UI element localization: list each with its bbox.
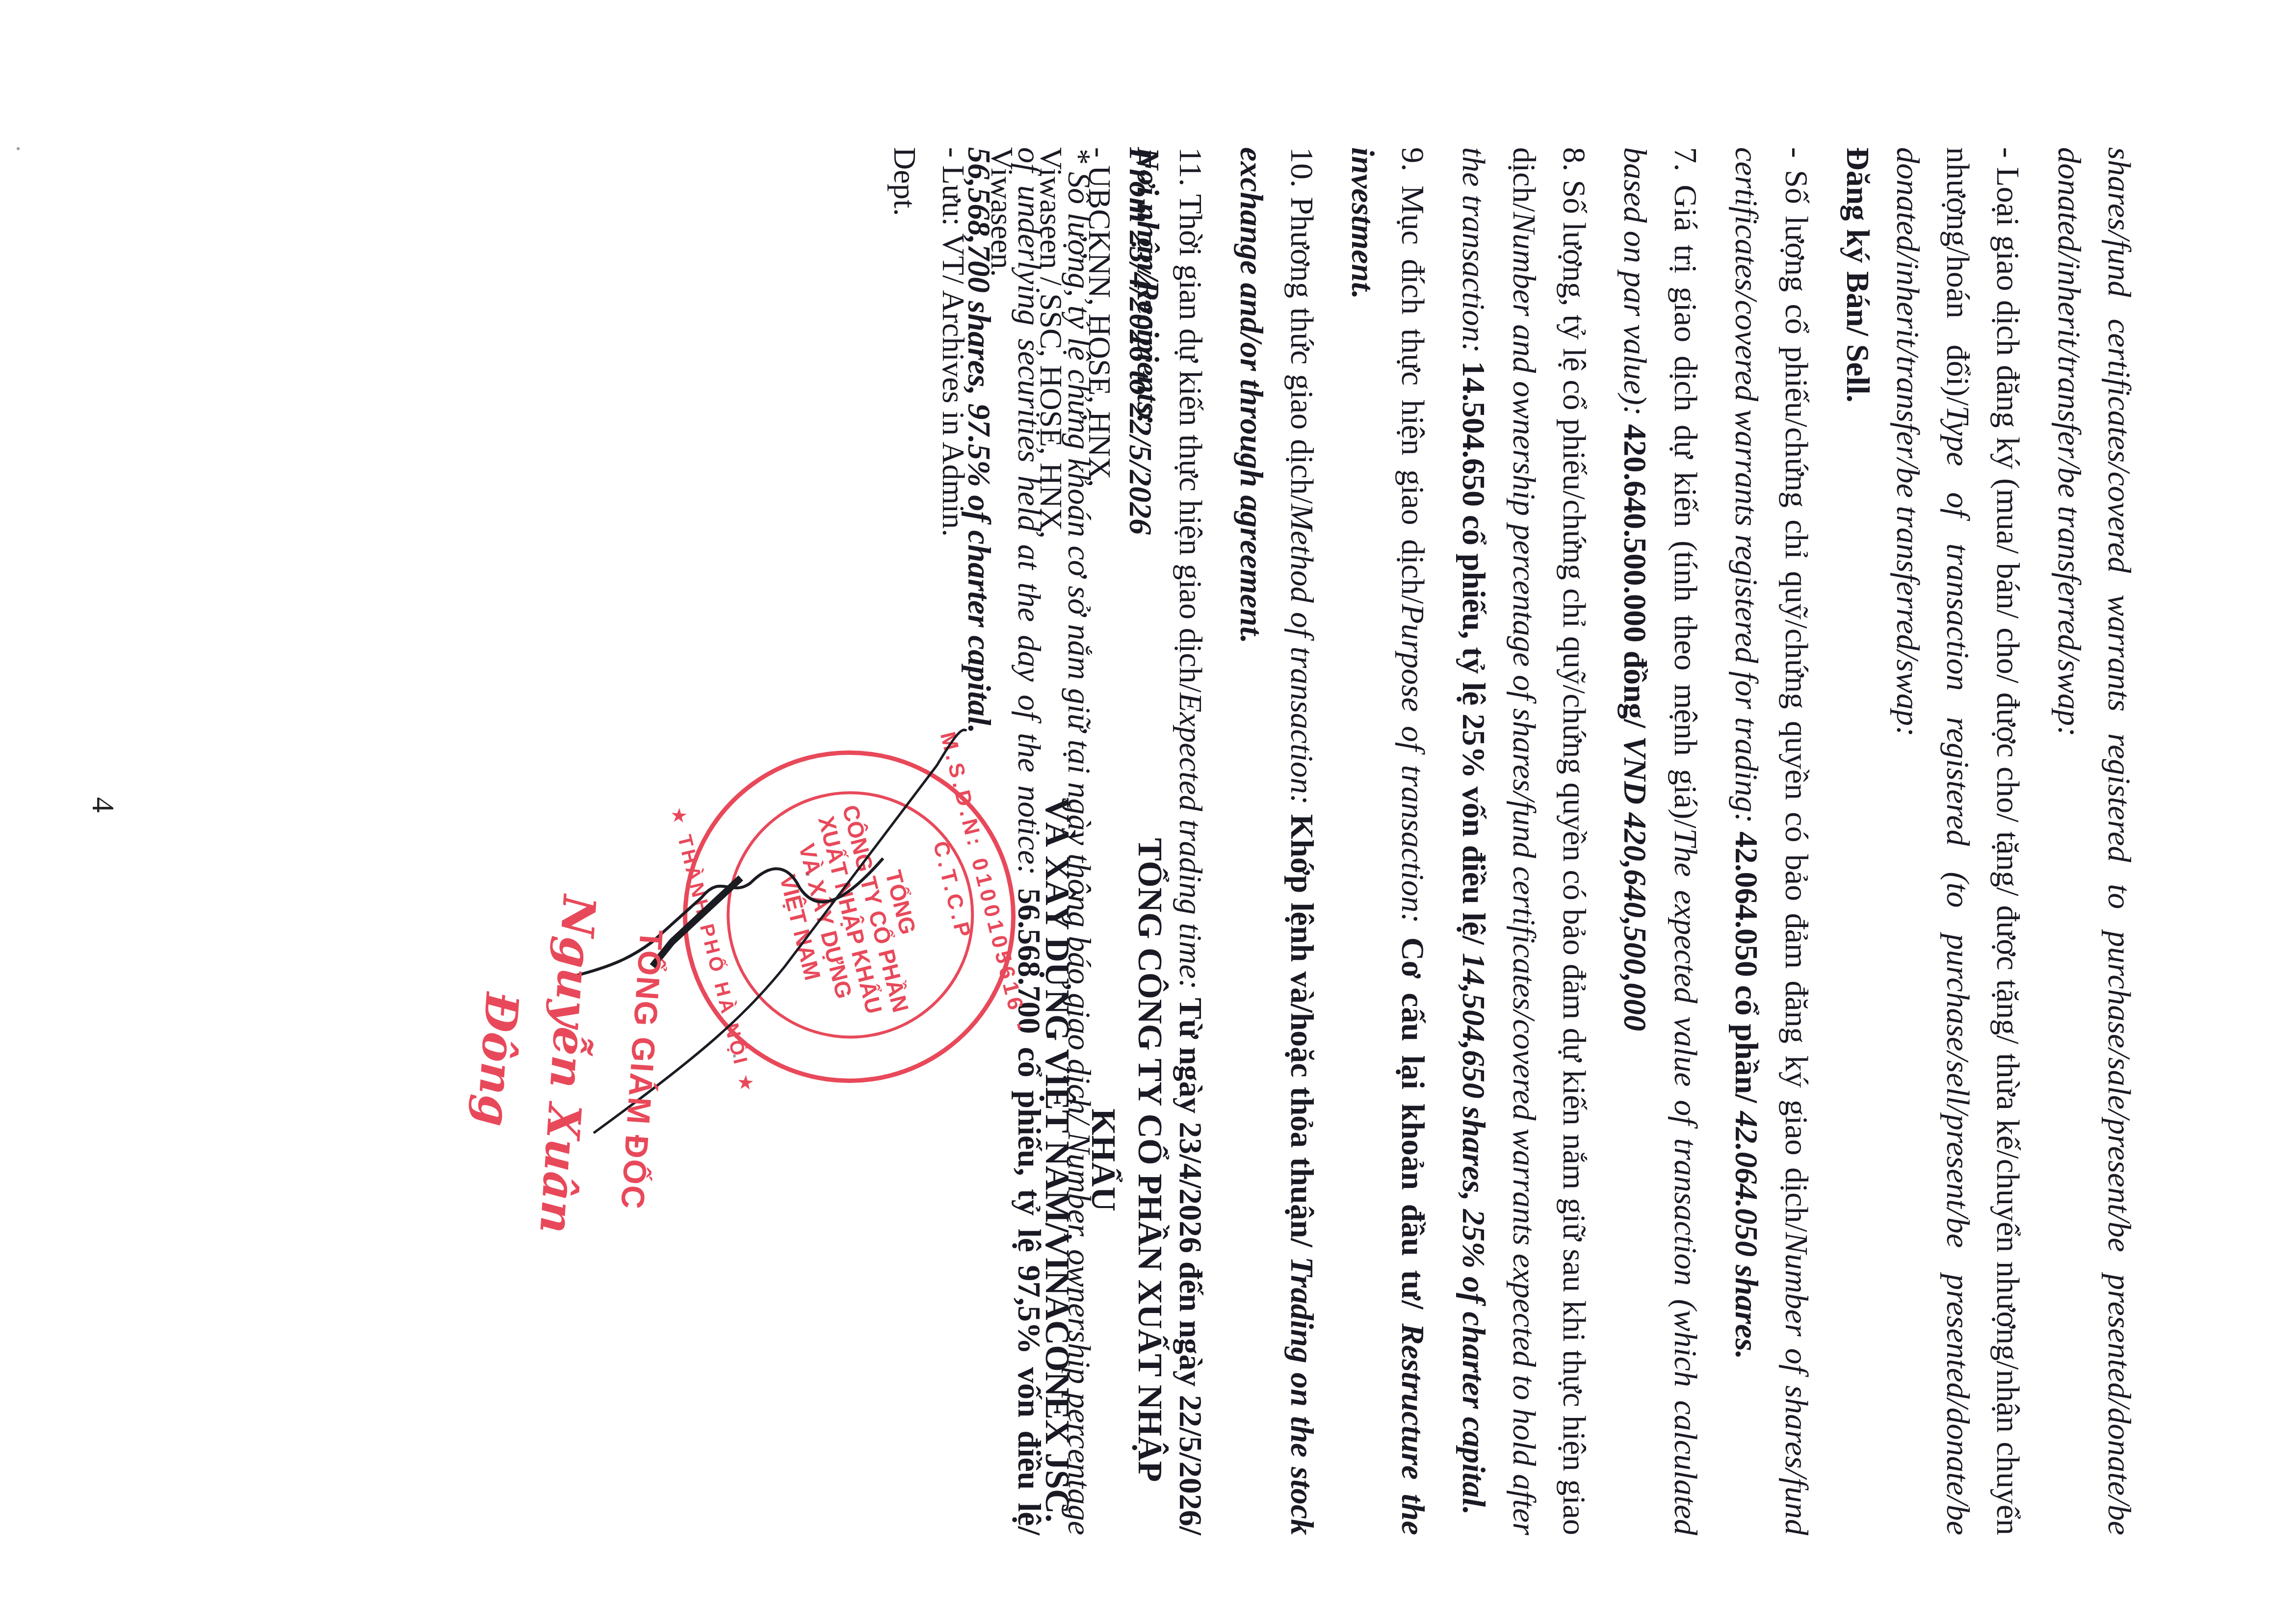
scan-speck: [807, 873, 809, 876]
item-9-label-en: Purpose of transaction:: [1395, 604, 1431, 923]
continuation-text: shares/fund certificates/covered warrant…: [2051, 147, 2137, 1535]
item-9-value: Cơ cấu lại khoản đầu tư/: [1395, 937, 1431, 1309]
item-11-label-en: Expected trading time:: [1173, 693, 1208, 990]
item-7-label: 7. Giá trị giao dịch dự kiến (tính theo …: [1668, 147, 1703, 828]
quantity-label: - Số lượng cổ phiếu/chứng chỉ quỹ/chứng …: [1778, 147, 1814, 1232]
recipients: Nơi nhận/Recipients: - UBCKNN, HOSE, HNX…: [881, 147, 1173, 549]
paragraph-item-9: 9. Mục đích thực hiện giao dịch/Purpose …: [1337, 147, 1438, 1535]
recipient-item: - UBCKNN, HOSE, HNX, Viwaseen / SSC, HOS…: [978, 147, 1124, 549]
recipient-item: - Lưu: VT/ Archives in Admin. Dept.: [881, 147, 978, 549]
recipients-heading: Nơi nhận/Recipients:: [1124, 147, 1173, 549]
scan-speck: [733, 1055, 736, 1057]
document-page: shares/fund certificates/covered warrant…: [0, 0, 2296, 1622]
item-8-value: 14.504.650 cổ phiếu, tỷ lệ 25% vốn điều …: [1456, 361, 1491, 945]
paragraph-item-8: 8. Số lượng, tỷ lệ cổ phiếu/chứng chỉ qu…: [1448, 147, 1599, 1535]
signatory: TỔNG GIÁM ĐỐC Nguyễn Xuân Đông: [447, 837, 682, 1292]
company-name: TỔNG CÔNG TY CỔ PHẦN XUẤT NHẬP KHẨU VÀ X…: [1034, 785, 1173, 1535]
item-11-label: 11. Thời gian dự kiến thực hiện giao dịc…: [1173, 147, 1208, 693]
paragraph-item-7: 7. Giá trị giao dịch dự kiến (tính theo …: [1610, 147, 1710, 1535]
quantity-value-en: 42.064.050 shares.: [1728, 1111, 1764, 1359]
item-11-value: Từ ngày 23/4/2026 đến ngày 22/5/2026/: [1173, 998, 1208, 1535]
transaction-type-value: Đăng ký Bán/ Sell.: [1840, 147, 1876, 403]
paragraph-continuation: shares/fund certificates/covered warrant…: [2043, 147, 2144, 1535]
signatory-name: Nguyễn Xuân Đông: [447, 837, 618, 1287]
quantity-value: 42.064.050 cổ phần/: [1728, 831, 1764, 1103]
item-7-value-en: VND 420,640,500,000: [1617, 736, 1653, 1031]
paragraph-registered-quantity: - Số lượng cổ phiếu/chứng chỉ quỹ/chứng …: [1721, 147, 1822, 1535]
signature-block: Nơi nhận/Recipients: - UBCKNN, HOSE, HNX…: [240, 147, 1173, 1535]
paragraph-transaction-type: - Loại giao dịch đăng ký (mua/ bán/ cho/…: [1832, 147, 2033, 1535]
page-number: 4: [79, 797, 128, 813]
company-name-line-1: TỔNG CÔNG TY CỔ PHẦN XUẤT NHẬP KHẨU: [1080, 785, 1173, 1535]
item-10-value: Khớp lệnh và/hoặc thỏa thuận/: [1284, 814, 1320, 1247]
item-10-label-en: Method of transaction:: [1284, 504, 1320, 805]
company-name-line-2: VÀ XÂY DỰNG VIỆT NAM/VINACONEX JSC.: [1034, 785, 1080, 1535]
paragraph-item-10: 10. Phương thức giao dịch/Method of tran…: [1226, 147, 1327, 1535]
item-10-label: 10. Phương thức giao dịch/: [1284, 147, 1320, 504]
item-9-label: 9. Mục đích thực hiện giao dịch/: [1395, 147, 1431, 604]
item-7-value: 420.640.500.000 đồng/: [1617, 424, 1653, 728]
item-8-value-en: 14,504,650 shares, 25% of charter capita…: [1456, 953, 1491, 1515]
scan-speck: [17, 147, 20, 150]
